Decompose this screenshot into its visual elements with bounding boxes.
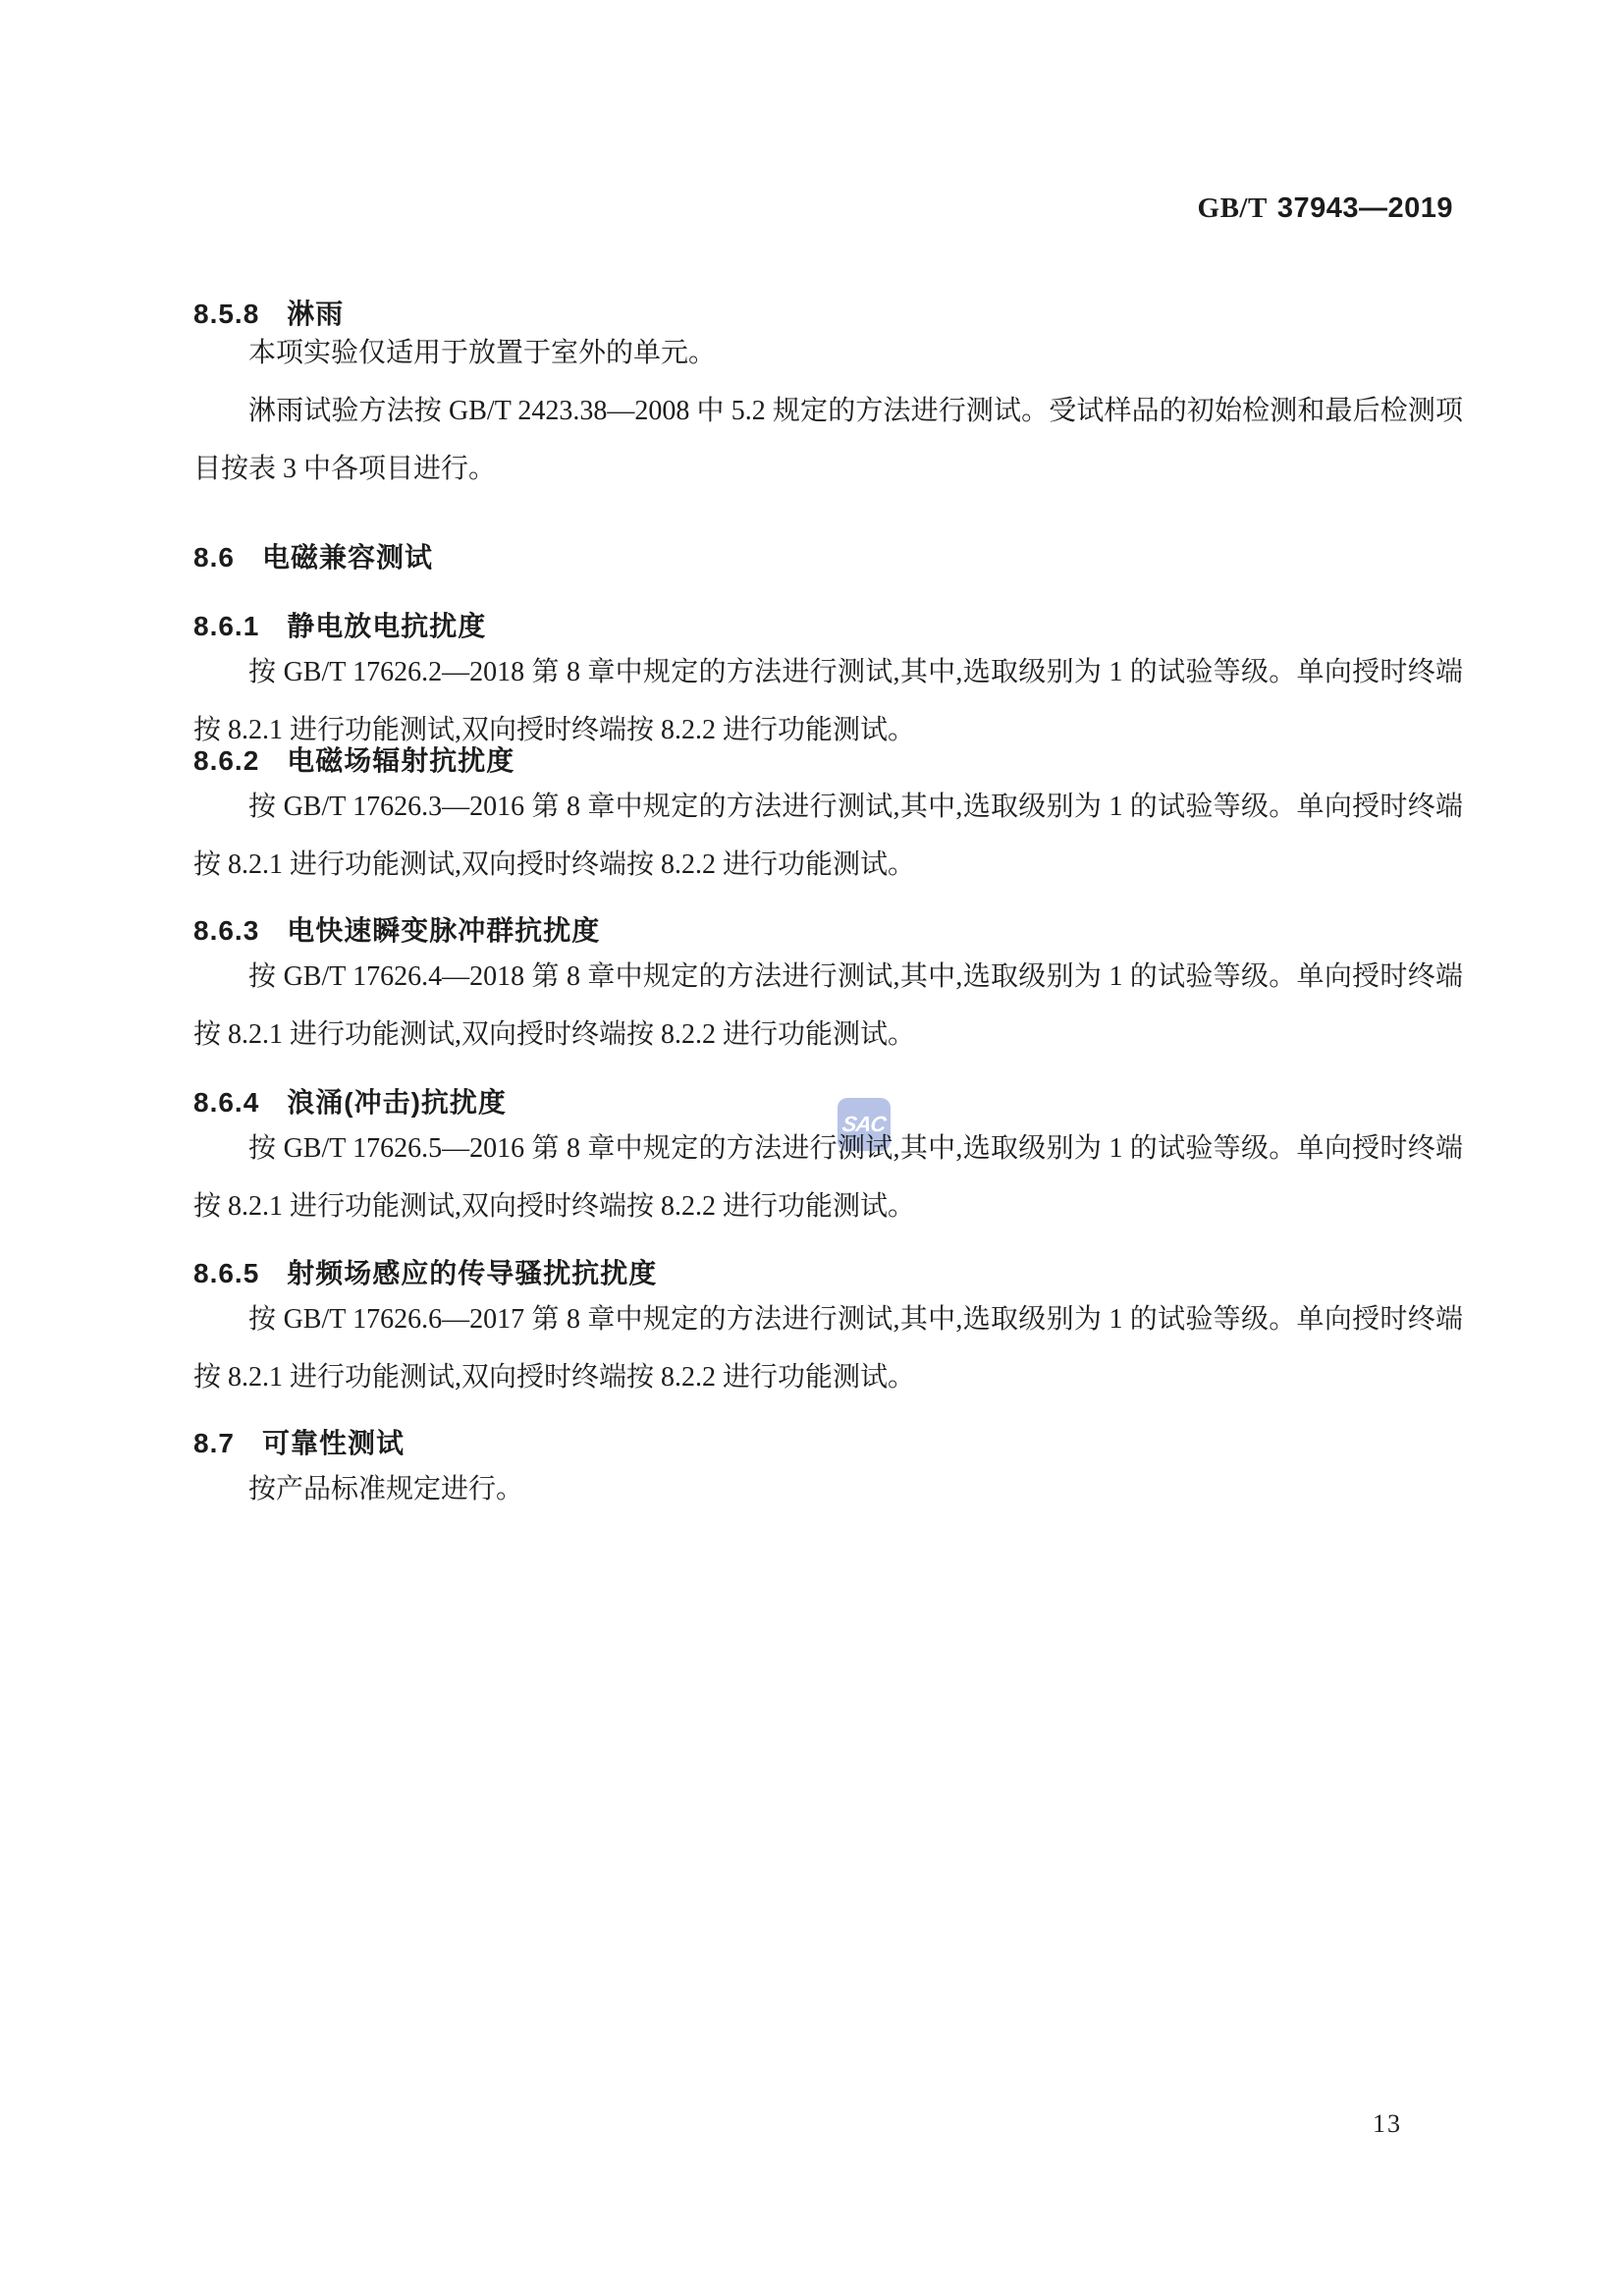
section-title: 电磁场辐射抗扰度 — [287, 745, 514, 776]
section-number: 8.7 — [193, 1428, 235, 1459]
document-header: GB/T37943—2019 — [193, 192, 1453, 225]
section-heading-8-6: 8.6电磁兼容测试 — [193, 536, 1463, 575]
section-title: 电磁兼容测试 — [262, 542, 433, 573]
paragraph: 按 GB/T 17626.3—2016 第 8 章中规定的方法进行测试,其中,选… — [193, 778, 1463, 894]
section-title: 可靠性测试 — [262, 1428, 405, 1458]
section-title: 射频场感应的传导骚扰抗扰度 — [287, 1258, 657, 1288]
paragraph: 淋雨试验方法按 GB/T 2423.38—2008 中 5.2 规定的方法进行测… — [193, 382, 1463, 498]
standard-document-page: GB/T37943—2019 8.5.8淋雨 本项实验仅适用于放置于室外的单元。… — [0, 0, 1623, 2296]
section-heading-8-6-3: 8.6.3电快速瞬变脉冲群抗扰度 — [193, 909, 1463, 949]
paragraph: 按产品标准规定进行。 — [193, 1460, 1463, 1518]
section-number: 8.6 — [193, 542, 235, 574]
paragraph: 按 GB/T 17626.4—2018 第 8 章中规定的方法进行测试,其中,选… — [193, 948, 1463, 1064]
section-number: 8.6.5 — [193, 1258, 259, 1289]
section-heading-8-6-4: 8.6.4浪涌(冲击)抗扰度 — [193, 1081, 1463, 1121]
section-title: 电快速瞬变脉冲群抗扰度 — [287, 915, 600, 946]
section-number: 8.6.1 — [193, 611, 259, 642]
section-title: 浪涌(冲击)抗扰度 — [287, 1087, 507, 1118]
section-heading-8-6-2: 8.6.2电磁场辐射抗扰度 — [193, 739, 1463, 779]
section-number: 8.6.2 — [193, 745, 259, 777]
section-heading-8-7: 8.7可靠性测试 — [193, 1422, 1463, 1461]
standard-number: 37943—2019 — [1277, 192, 1453, 224]
standard-code: GB/T — [1198, 192, 1268, 224]
paragraph: 本项实验仅适用于放置于室外的单元。 — [193, 324, 1463, 382]
section-number: 8.6.4 — [193, 1087, 259, 1119]
paragraph: 按 GB/T 17626.6—2017 第 8 章中规定的方法进行测试,其中,选… — [193, 1290, 1463, 1406]
paragraph: 按 GB/T 17626.5—2016 第 8 章中规定的方法进行测试,其中,选… — [193, 1120, 1463, 1235]
section-heading-8-6-5: 8.6.5射频场感应的传导骚扰抗扰度 — [193, 1252, 1463, 1291]
section-title: 静电放电抗扰度 — [287, 611, 486, 641]
section-heading-8-6-1: 8.6.1静电放电抗扰度 — [193, 605, 1463, 644]
page-number: 13 — [1373, 2109, 1402, 2139]
section-number: 8.6.3 — [193, 915, 259, 947]
